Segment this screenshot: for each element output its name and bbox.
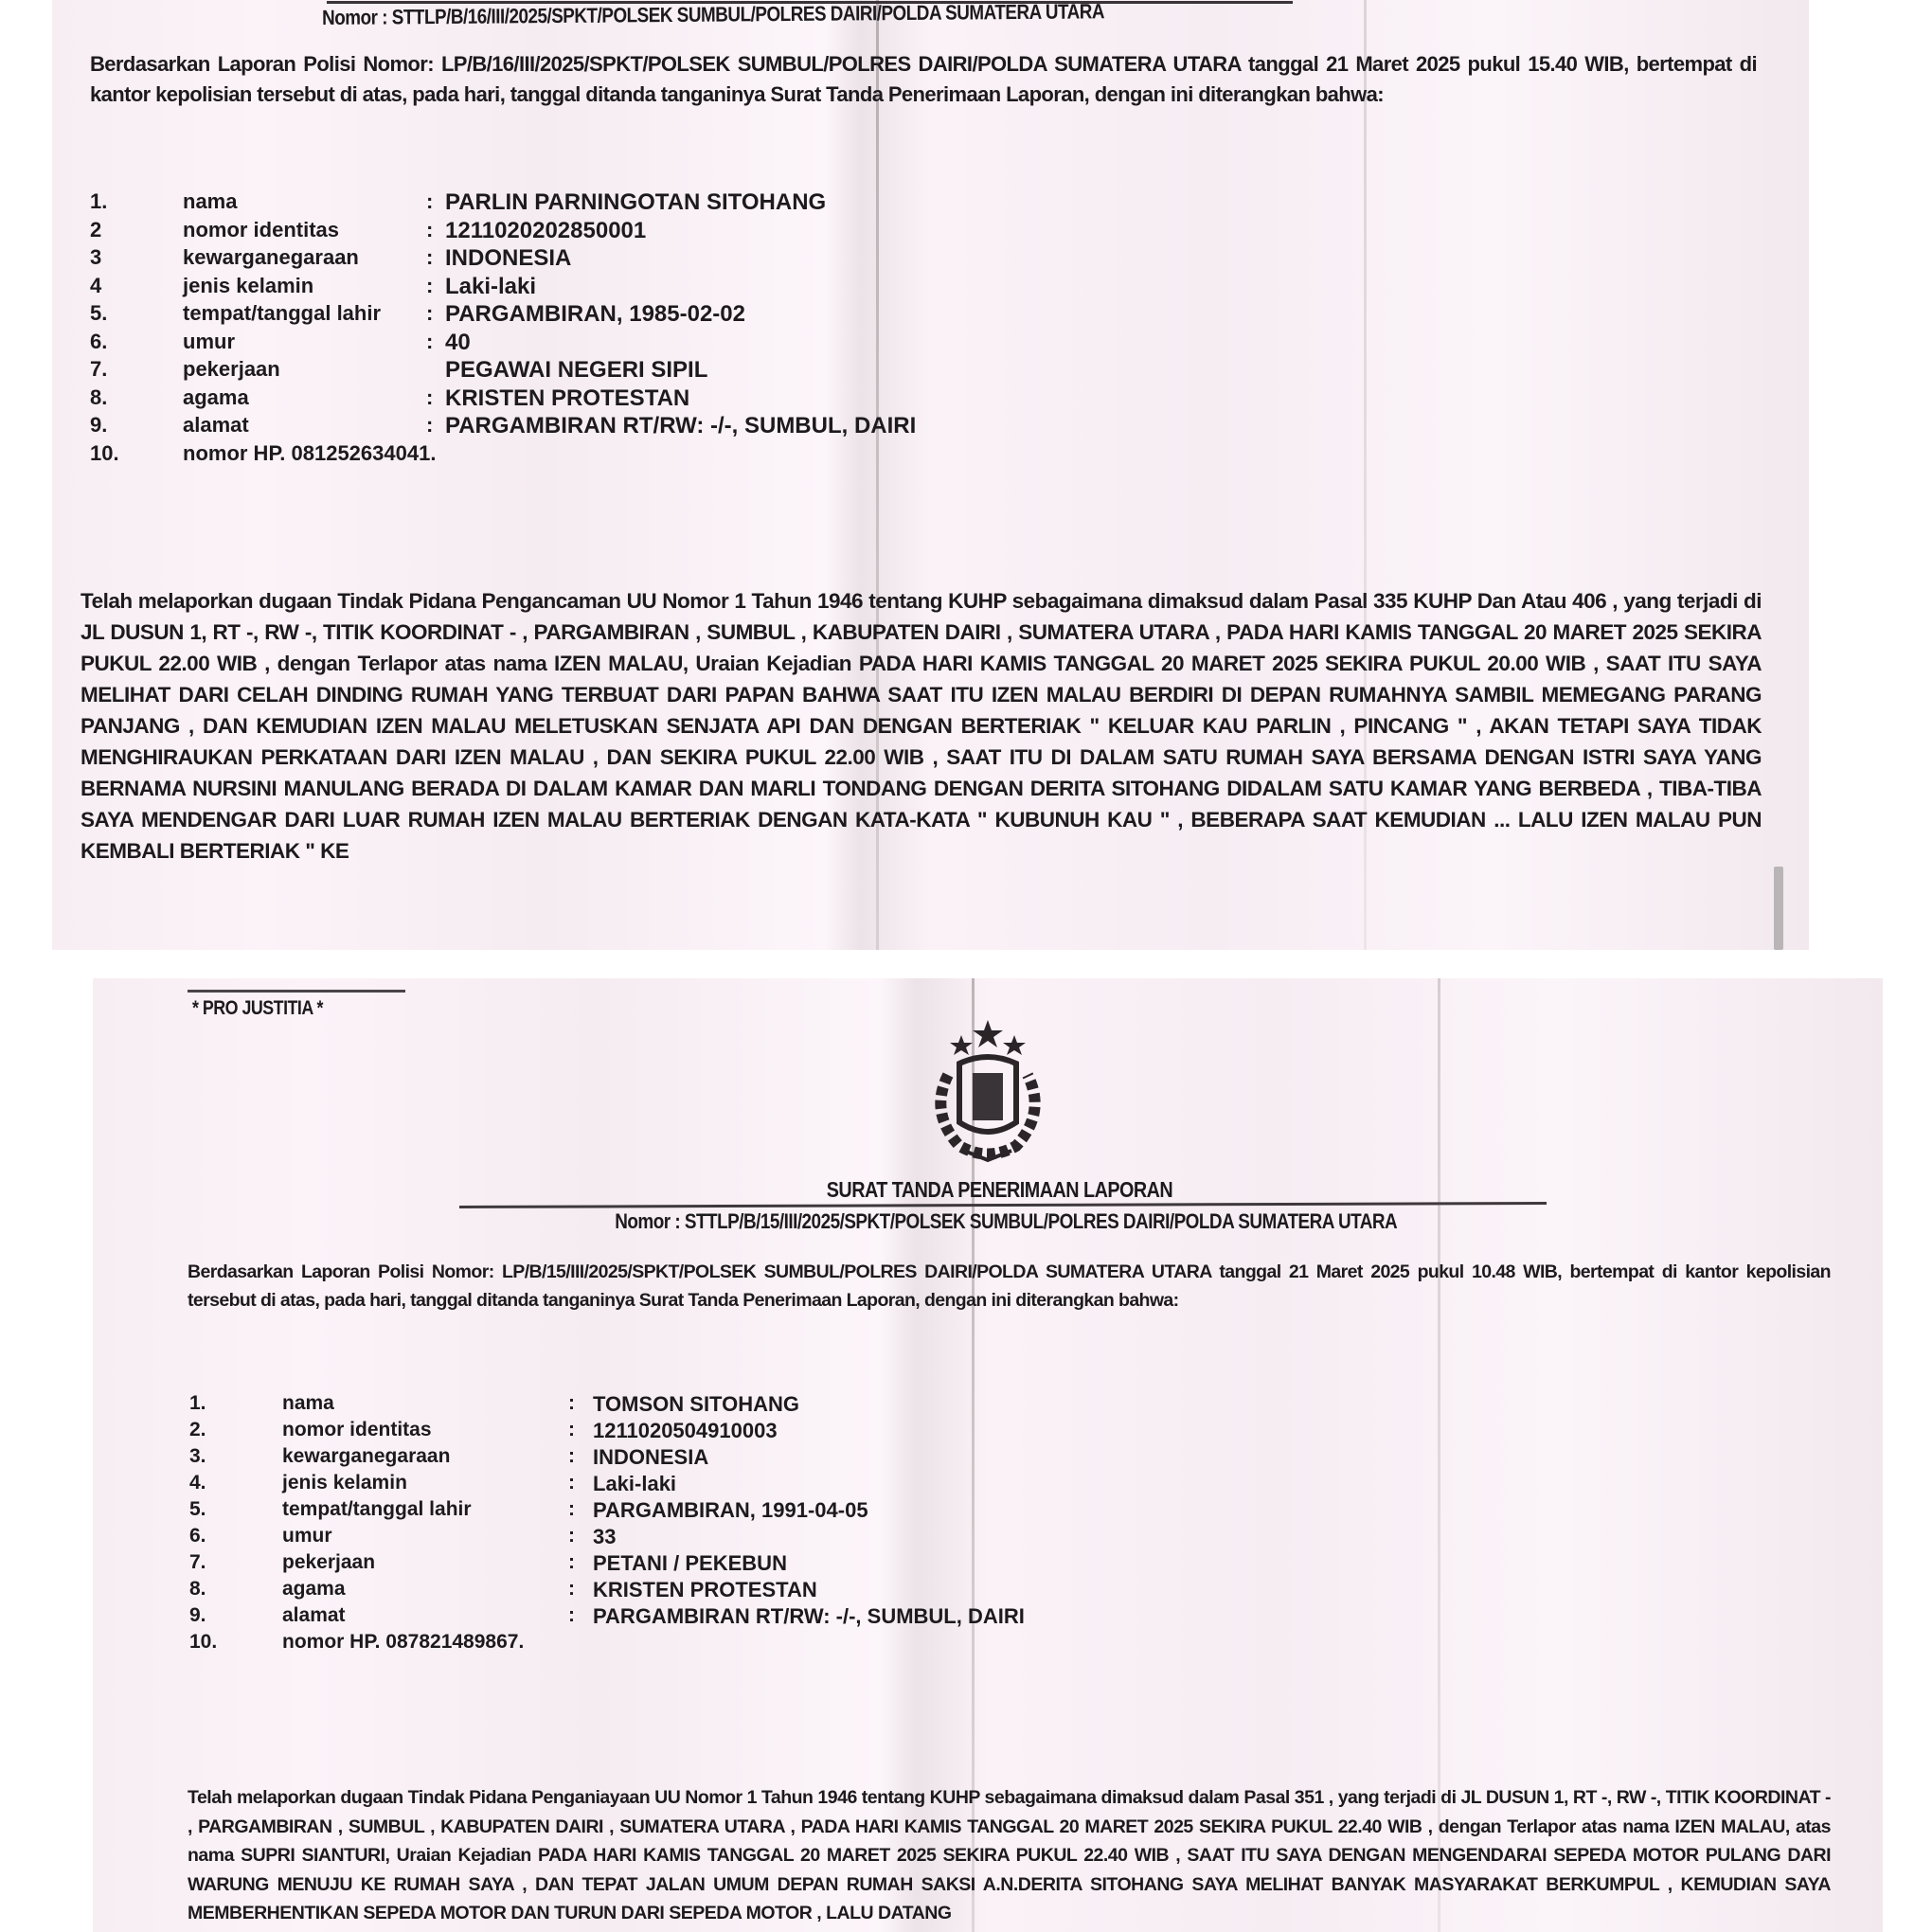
field-label: alamat xyxy=(282,1604,346,1627)
field-number: 3 xyxy=(90,245,101,270)
field-colon: : xyxy=(568,1498,575,1521)
field-value: 40 xyxy=(445,330,471,356)
field-colon: : xyxy=(426,189,433,214)
field-value: PEGAWAI NEGERI SIPIL xyxy=(445,357,707,384)
field-value: PARGAMBIRAN, 1985-02-02 xyxy=(445,301,745,328)
field-number: 5. xyxy=(90,301,107,326)
field-number: 1. xyxy=(189,1392,206,1415)
field-colon: : xyxy=(568,1578,575,1601)
field-label: agama xyxy=(183,385,249,410)
field-value: 1211020504910003 xyxy=(593,1419,778,1443)
field-number: 6. xyxy=(189,1525,206,1547)
field-label: nama xyxy=(183,189,237,214)
field-value: PARGAMBIRAN RT/RW: -/-, SUMBUL, DAIRI xyxy=(593,1604,1025,1629)
field-label: nomor HP. 081252634041. xyxy=(183,441,436,466)
report-number: Nomor : STTLP/B/15/III/2025/SPKT/POLSEK … xyxy=(93,1209,1883,1234)
report-number: Nomor : STTLP/B/16/III/2025/SPKT/POLSEK … xyxy=(322,0,1104,30)
scrollbar[interactable] xyxy=(1774,867,1783,950)
field-number: 3. xyxy=(189,1445,206,1468)
field-label: pekerjaan xyxy=(183,357,280,382)
field-colon: : xyxy=(426,413,433,438)
intro-paragraph: Berdasarkan Laporan Polisi Nomor: LP/B/1… xyxy=(90,49,1757,110)
field-value: Laki-laki xyxy=(445,274,536,300)
police-emblem-icon xyxy=(921,1018,1054,1170)
report-page-1: Nomor : STTLP/B/16/III/2025/SPKT/POLSEK … xyxy=(52,0,1809,950)
document-title-text: SURAT TANDA PENERIMAAN LAPORAN xyxy=(827,1177,1172,1203)
title-rule xyxy=(459,1202,1547,1208)
field-label: tempat/tanggal lahir xyxy=(183,301,381,326)
pro-justitia-label: * PRO JUSTITIA * xyxy=(192,997,323,1020)
field-value: 1211020202850001 xyxy=(445,218,646,244)
field-number: 2 xyxy=(90,218,101,242)
field-label: jenis kelamin xyxy=(183,274,313,298)
field-colon: : xyxy=(568,1604,575,1627)
field-value: Laki-laki xyxy=(593,1472,676,1496)
field-colon: : xyxy=(426,218,433,242)
field-label: kewarganegaraan xyxy=(282,1445,450,1468)
field-label: umur xyxy=(282,1525,332,1547)
field-value: TOMSON SITOHANG xyxy=(593,1392,799,1417)
field-label: nomor identitas xyxy=(282,1419,432,1441)
field-number: 4. xyxy=(189,1472,206,1494)
field-label: nama xyxy=(282,1392,334,1415)
field-colon: : xyxy=(568,1392,575,1415)
field-colon: : xyxy=(426,385,433,410)
field-value: PARGAMBIRAN, 1991-04-05 xyxy=(593,1498,868,1523)
field-label: nomor identitas xyxy=(183,218,339,242)
field-number: 8. xyxy=(90,385,107,410)
field-value: PARLIN PARNINGOTAN SITOHANG xyxy=(445,189,826,216)
field-label: umur xyxy=(183,330,235,354)
field-colon: : xyxy=(568,1445,575,1468)
field-label: nomor HP. 087821489867. xyxy=(282,1631,524,1654)
field-value: INDONESIA xyxy=(445,245,571,272)
field-value: PARGAMBIRAN RT/RW: -/-, SUMBUL, DAIRI xyxy=(445,413,916,439)
field-colon: : xyxy=(426,274,433,298)
field-colon: : xyxy=(426,245,433,270)
header-rule xyxy=(188,990,405,993)
intro-paragraph: Berdasarkan Laporan Polisi Nomor: LP/B/1… xyxy=(188,1258,1831,1315)
field-label: agama xyxy=(282,1578,346,1601)
field-number: 4 xyxy=(90,274,101,298)
field-number: 7. xyxy=(90,357,107,382)
field-label: jenis kelamin xyxy=(282,1472,407,1494)
field-number: 5. xyxy=(189,1498,206,1521)
field-colon: : xyxy=(568,1419,575,1441)
field-number: 9. xyxy=(90,413,107,438)
field-colon: : xyxy=(426,330,433,354)
field-value: KRISTEN PROTESTAN xyxy=(593,1578,817,1602)
field-colon: : xyxy=(568,1525,575,1547)
field-number: 8. xyxy=(189,1578,206,1601)
field-colon: : xyxy=(568,1472,575,1494)
field-colon: : xyxy=(568,1551,575,1574)
field-value: KRISTEN PROTESTAN xyxy=(445,385,689,412)
field-number: 1. xyxy=(90,189,107,214)
field-label: pekerjaan xyxy=(282,1551,375,1574)
field-label: alamat xyxy=(183,413,249,438)
field-value: 33 xyxy=(593,1525,616,1549)
field-value: PETANI / PEKEBUN xyxy=(593,1551,787,1576)
field-label: kewarganegaraan xyxy=(183,245,359,270)
field-number: 10. xyxy=(90,441,119,466)
document-title: SURAT TANDA PENERIMAAN LAPORAN xyxy=(93,1177,1883,1203)
field-number: 10. xyxy=(189,1631,217,1654)
field-number: 2. xyxy=(189,1419,206,1441)
report-body: Telah melaporkan dugaan Tindak Pidana Pe… xyxy=(188,1783,1831,1928)
field-number: 6. xyxy=(90,330,107,354)
field-number: 7. xyxy=(189,1551,206,1574)
report-body: Telah melaporkan dugaan Tindak Pidana Pe… xyxy=(80,585,1762,867)
field-colon: : xyxy=(426,301,433,326)
field-value: INDONESIA xyxy=(593,1445,708,1470)
field-label: tempat/tanggal lahir xyxy=(282,1498,472,1521)
field-number: 9. xyxy=(189,1604,206,1627)
report-number-text: Nomor : STTLP/B/15/III/2025/SPKT/POLSEK … xyxy=(615,1209,1397,1234)
